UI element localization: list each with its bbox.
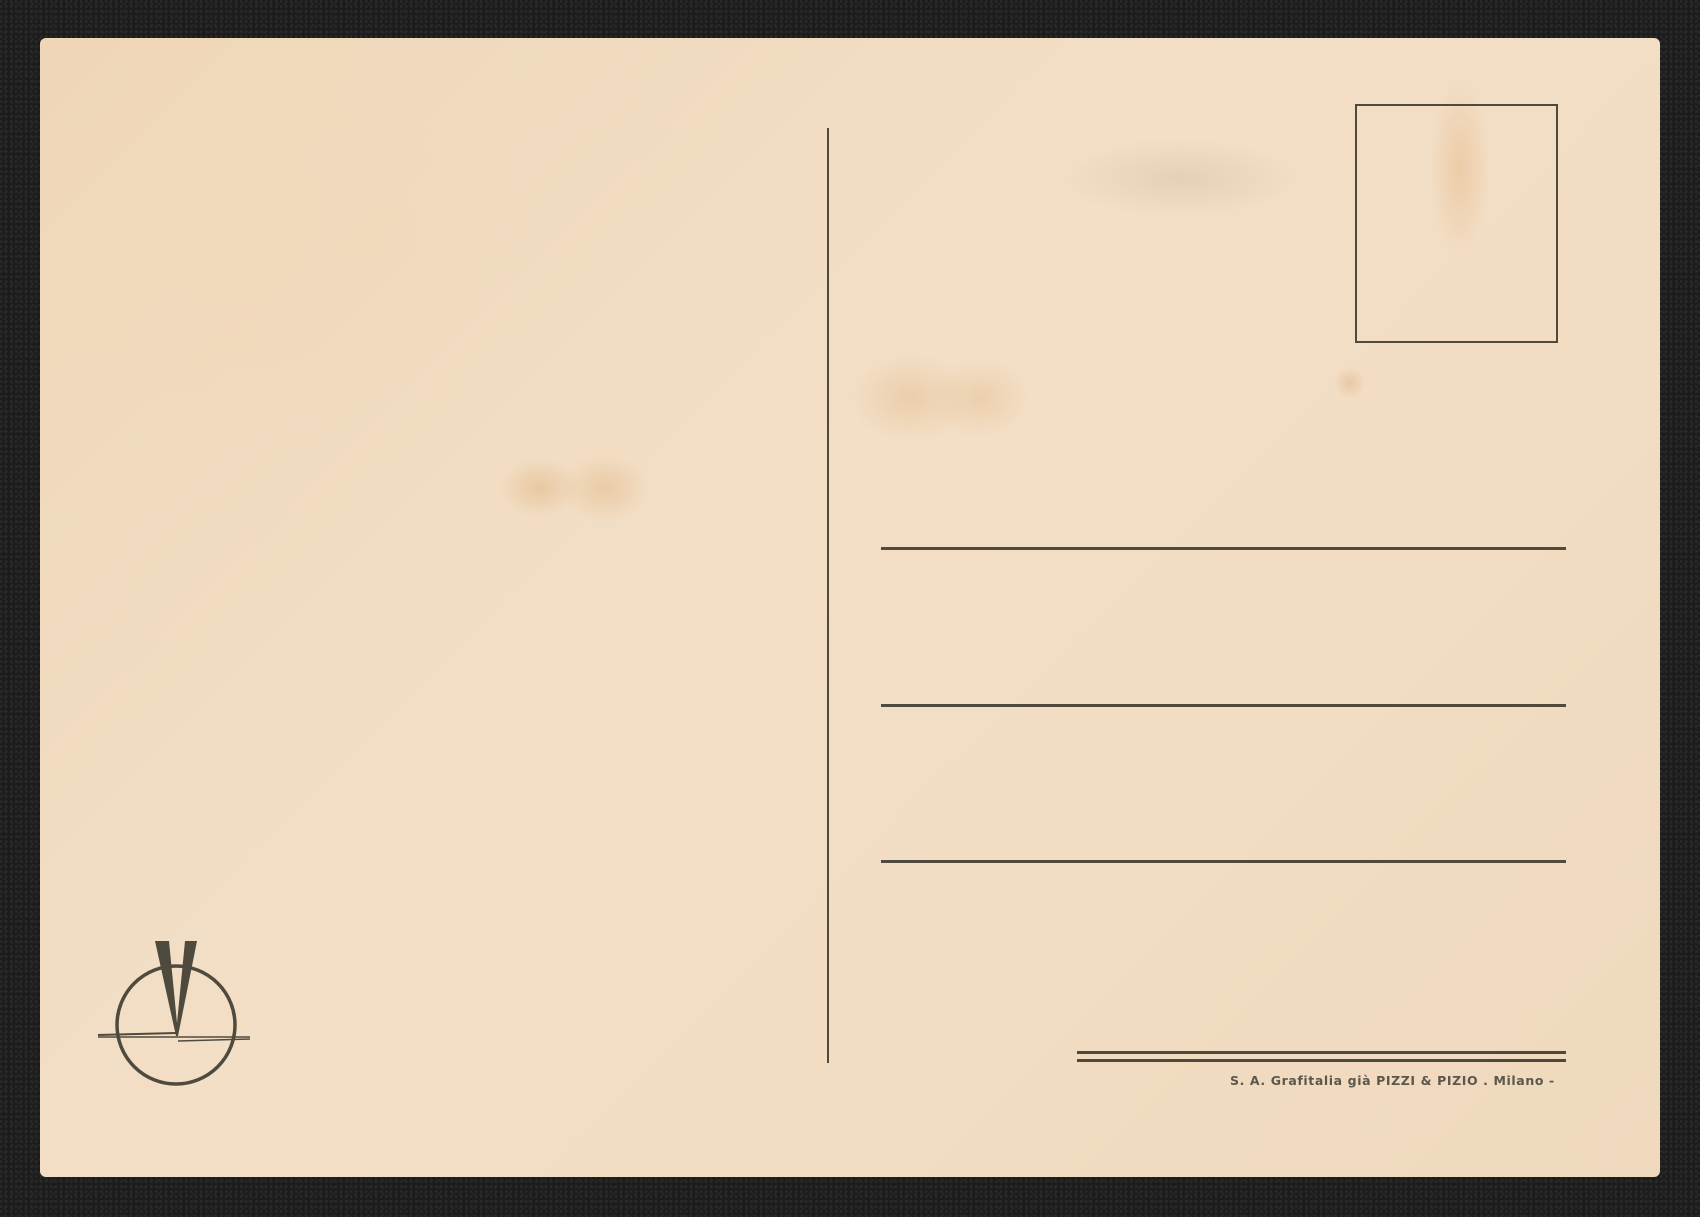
- postcard: S. A. Grafitalia già PIZZI & PIZIO . Mil…: [40, 38, 1660, 1177]
- center-divider-line: [827, 128, 829, 1063]
- address-line-2: [881, 704, 1566, 707]
- address-line-1: [881, 547, 1566, 550]
- v-in-circle-logo-icon: [90, 933, 260, 1093]
- imprint-rule-top: [1077, 1051, 1566, 1054]
- printer-imprint: S. A. Grafitalia già PIZZI & PIZIO . Mil…: [1230, 1073, 1620, 1088]
- stamp-placeholder-box: [1355, 104, 1558, 343]
- address-line-3: [881, 860, 1566, 863]
- imprint-rule-bottom: [1077, 1059, 1566, 1062]
